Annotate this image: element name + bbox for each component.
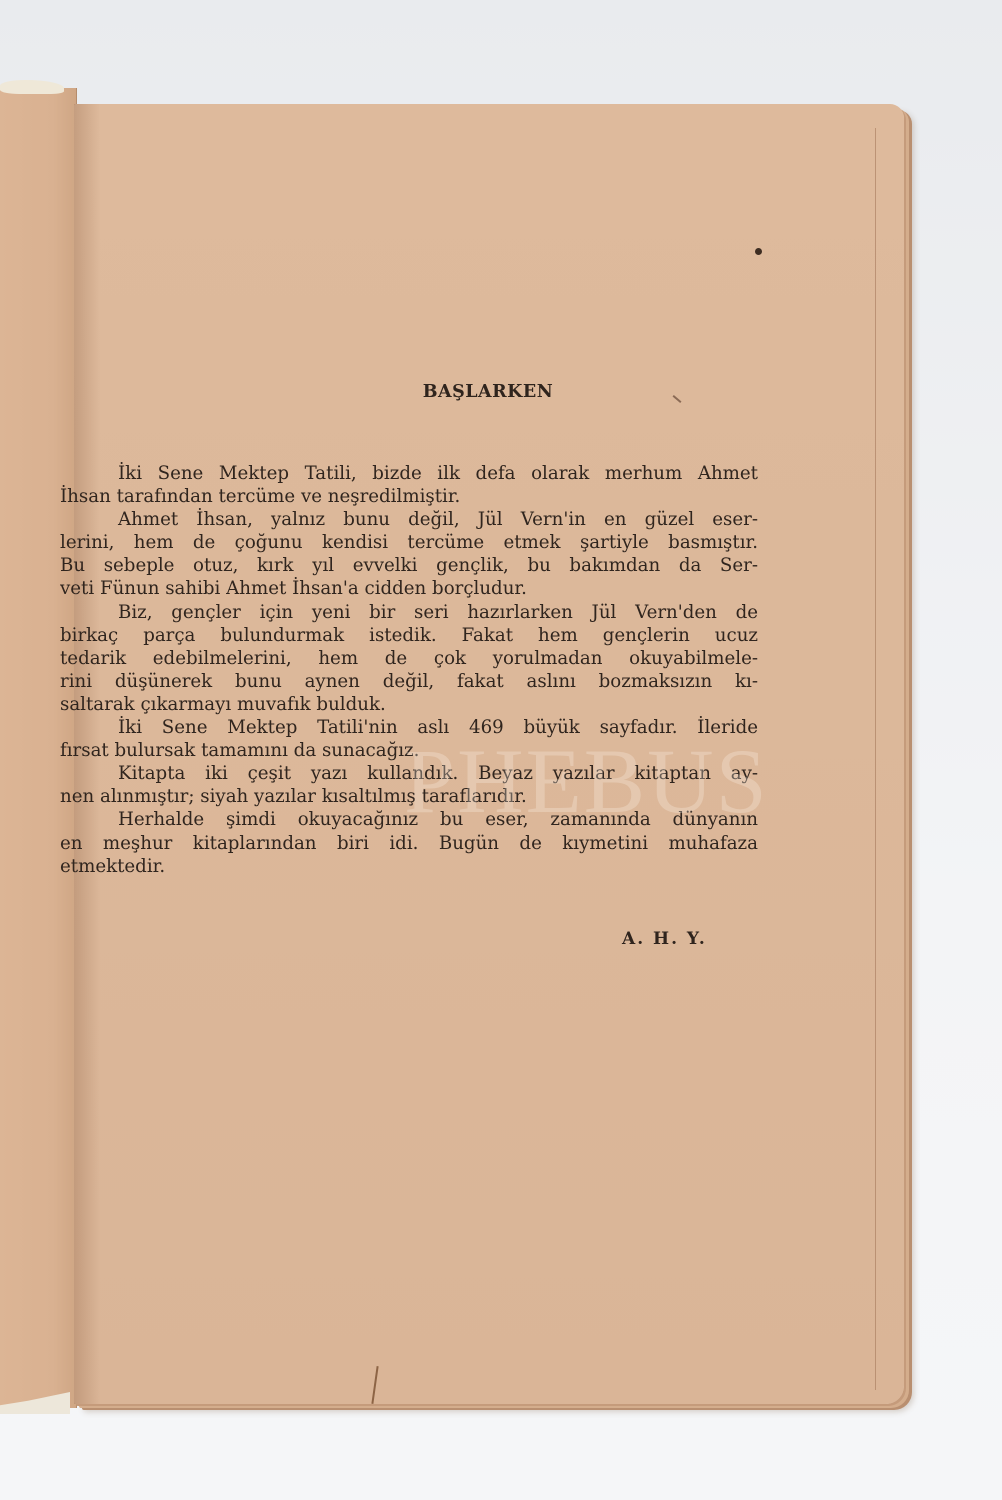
author-initials: A. H. Y.: [622, 929, 707, 949]
text-line: nen alınmıştır; siyah yazılar kısaltılmı…: [60, 785, 758, 808]
text-line: Ahmet İhsan, yalnız bunu değil, Jül Vern…: [60, 508, 758, 531]
text-line: tedarik edebilmelerini, hem de çok yorul…: [60, 647, 758, 670]
torn-paper-top: [0, 80, 64, 94]
text-line: veti Fünun sahibi Ahmet İhsan'a cidden b…: [60, 577, 758, 600]
text-line: en meşhur kitaplarından biri idi. Bugün …: [60, 832, 758, 855]
text-line: etmektedir.: [60, 855, 758, 878]
text-line: Kitapta iki çeşit yazı kullandık. Beyaz …: [60, 762, 758, 785]
text-line: İki Sene Mektep Tatili'nin aslı 469 büyü…: [60, 716, 758, 739]
text-line: İhsan tarafından tercüme ve neşredilmişt…: [60, 485, 758, 508]
text-line: Biz, gençler için yeni bir seri hazırlar…: [60, 601, 758, 624]
chapter-title: BAŞLARKEN: [74, 382, 902, 402]
torn-paper-bottom: [0, 1392, 70, 1414]
preface-body: İki Sene Mektep Tatili, bizde ilk defa o…: [60, 462, 758, 878]
text-line: Herhalde şimdi okuyacağınız bu eser, zam…: [60, 808, 758, 831]
text-line: fırsat bulursak tamamını da sunacağız.: [60, 739, 758, 762]
paper-tear: [371, 1366, 378, 1404]
text-line: saltarak çıkarmayı muvafık bulduk.: [60, 693, 758, 716]
text-line: İki Sene Mektep Tatili, bizde ilk defa o…: [60, 462, 758, 485]
text-line: lerini, hem de çoğunu kendisi tercüme et…: [60, 531, 758, 554]
text-line: Bu sebeple otuz, kırk yıl evvelki gençli…: [60, 554, 758, 577]
ink-dot-mark: [755, 248, 762, 255]
text-line: birkaç parça bulundurmak istedik. Fakat …: [60, 624, 758, 647]
text-line: rini düşünerek bunu aynen değil, fakat a…: [60, 670, 758, 693]
